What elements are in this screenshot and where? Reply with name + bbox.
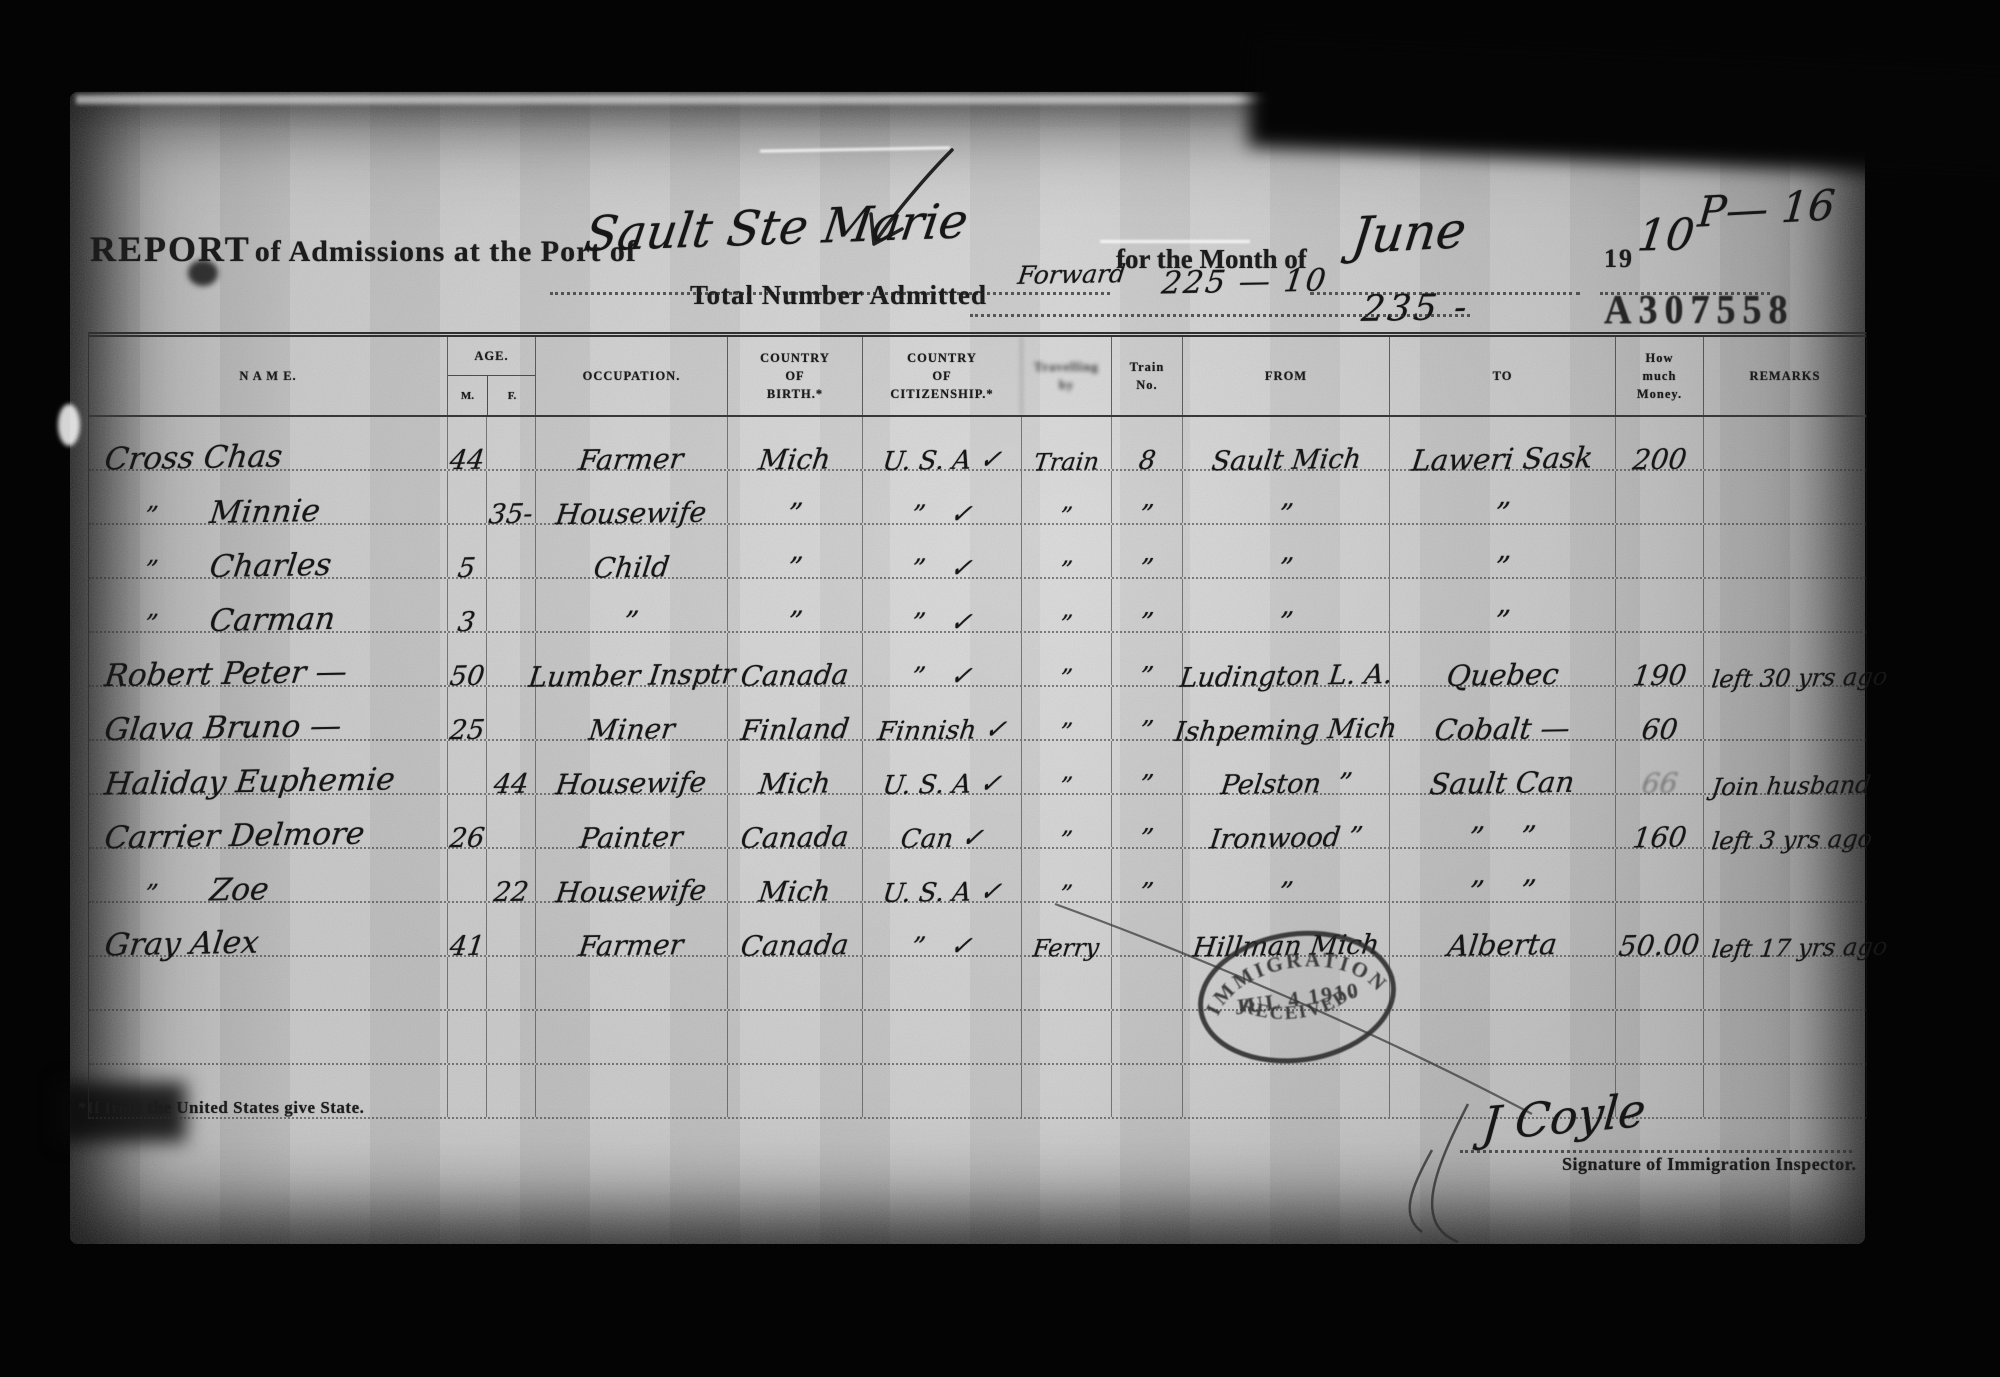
handwritten-value: Laweri Sask	[1410, 440, 1595, 477]
cell-money	[1615, 849, 1703, 901]
cell-remarks	[1703, 849, 1866, 901]
cell-money	[1615, 957, 1703, 1009]
handwritten-name: Carman	[207, 601, 337, 639]
cell-age_m: 25	[447, 687, 486, 739]
serial-number-stamp: A307558	[1604, 286, 1794, 334]
handwritten-value: Train	[1032, 447, 1101, 476]
cell-birth: Mich	[727, 849, 862, 901]
cell-name	[89, 957, 447, 1009]
cell-to: ”	[1389, 471, 1615, 523]
handwritten-name: Zoe	[207, 871, 270, 908]
handwritten-value: Sault Mich	[1209, 444, 1362, 478]
cell-age_m: 50	[447, 633, 486, 685]
cell-money	[1615, 1011, 1703, 1063]
cell-travel: ”	[1021, 687, 1111, 739]
cell-occupation: Lumber Insptr	[535, 633, 727, 685]
scan-scratch	[1100, 240, 1250, 243]
handwritten-value: U. S. A ✓	[881, 769, 1003, 801]
cell-occupation: Farmer	[535, 903, 727, 955]
cell-money: 190	[1615, 633, 1703, 685]
table-row: ”Carman3””” ✓””””	[89, 579, 1866, 633]
handwritten-value: 66	[1640, 767, 1680, 801]
handwritten-name: Robert Peter —	[103, 654, 350, 694]
col-header-birth: COUNTRY OF BIRTH.*	[727, 337, 862, 415]
handwritten-value: 8	[1137, 446, 1157, 476]
handwritten-value: ” ”	[1467, 819, 1538, 854]
cell-birth: Canada	[727, 795, 862, 847]
footnote: *If from the United States give State.	[78, 1098, 364, 1118]
cell-age_m	[447, 849, 486, 901]
year-printed: 19	[1604, 244, 1634, 274]
handwritten-value: 200	[1631, 443, 1689, 477]
cell-from: ”	[1182, 525, 1389, 577]
cell-travel: ”	[1021, 579, 1111, 631]
cell-train: ”	[1111, 795, 1182, 847]
handwritten-value: 44	[448, 445, 486, 477]
handwritten-name: Minnie	[207, 493, 322, 531]
cell-birth: Canada	[727, 903, 862, 955]
cell-remarks	[1703, 579, 1866, 631]
cell-age_f	[486, 633, 535, 685]
cell-age_m: 41	[447, 903, 486, 955]
handwritten-value: ” ✓	[910, 607, 974, 638]
cell-citizenship: U. S. A ✓	[862, 741, 1021, 793]
cell-to: ”	[1389, 525, 1615, 577]
handwritten-value: Child	[592, 550, 672, 584]
handwritten-name: Charles	[207, 547, 333, 585]
cell-remarks	[1703, 1065, 1866, 1117]
cell-train: ”	[1111, 471, 1182, 523]
cell-from: ”	[1182, 471, 1389, 523]
cell-birth	[727, 1065, 862, 1117]
cell-birth: ”	[727, 471, 862, 523]
col-header-money: How much Money.	[1615, 337, 1703, 415]
cell-money: 200	[1615, 417, 1703, 469]
cell-citizenship	[862, 1011, 1021, 1063]
handwritten-value: Finnish ✓	[876, 715, 1008, 747]
cell-citizenship: ” ✓	[862, 471, 1021, 523]
handwritten-name: Gray Alex	[103, 925, 261, 964]
table-row: Robert Peter —50Lumber InsptrCanada” ✓””…	[89, 633, 1866, 687]
cell-to: Laweri Sask	[1389, 417, 1615, 469]
cell-name: Carrier Delmore	[89, 795, 447, 847]
cell-occupation: Miner	[535, 687, 727, 739]
cell-train: ”	[1111, 579, 1182, 631]
cell-name: ”Minnie	[89, 471, 447, 523]
cell-remarks	[1703, 471, 1866, 523]
handwritten-value: 41	[448, 931, 486, 963]
cell-birth: Finland	[727, 687, 862, 739]
handwritten-value: U. S. A ✓	[881, 445, 1003, 477]
col-header-from: FROM	[1182, 337, 1389, 415]
cell-money: 160	[1615, 795, 1703, 847]
col-header-age-f: F.	[487, 376, 536, 415]
handwritten-value: Alberta	[1446, 927, 1559, 963]
handwritten-value: 22	[492, 877, 530, 909]
handwritten-value: left 17 yrs ago	[1710, 932, 1889, 963]
table-row	[89, 957, 1866, 1011]
handwritten-value: Farmer	[577, 442, 685, 477]
cell-birth: ”	[727, 525, 862, 577]
port-name-handwritten: Sault Ste Marie	[581, 193, 971, 263]
handwritten-value: 60	[1640, 713, 1680, 747]
handwritten-value: Housewife	[554, 496, 709, 532]
handwritten-value: left 30 yrs ago	[1710, 662, 1889, 693]
cell-to: ” ”	[1389, 849, 1615, 901]
cell-train	[1111, 957, 1182, 1009]
handwritten-value: Ferry	[1032, 933, 1102, 962]
handwritten-value: Canada	[739, 820, 851, 855]
handwritten-value: ” ✓	[910, 931, 974, 962]
table-header: N A M E. AGE. M. F. OCCUPATION. COUNTRY …	[89, 332, 1866, 417]
col-header-age: AGE.	[448, 337, 535, 376]
cell-remarks	[1703, 957, 1866, 1009]
signature-label: Signature of Immigration Inspector.	[1562, 1154, 1857, 1175]
cell-name: Gray Alex	[89, 903, 447, 955]
cell-train: 8	[1111, 417, 1182, 469]
page-number: P— 16	[1696, 180, 1837, 236]
cell-travel: ”	[1021, 471, 1111, 523]
cell-age_f	[486, 795, 535, 847]
table-row: ”Charles5Child”” ✓””””	[89, 525, 1866, 579]
cell-remarks	[1703, 525, 1866, 577]
cell-occupation: Housewife	[535, 741, 727, 793]
handwritten-value: Finland	[739, 712, 851, 747]
cell-from: Ishpeming Mich	[1182, 687, 1389, 739]
table-row: Carrier Delmore26PainterCanadaCan ✓””Iro…	[89, 795, 1866, 849]
col-header-to: TO	[1389, 337, 1615, 415]
handwritten-value: ” ”	[1467, 873, 1538, 908]
col-header-travel: Travelling by	[1021, 337, 1111, 415]
cell-travel: ”	[1021, 849, 1111, 901]
handwritten-value: 50	[448, 661, 486, 693]
cell-occupation: ”	[535, 579, 727, 631]
cell-age_f	[486, 903, 535, 955]
handwritten-value: Lumber Insptr	[526, 657, 737, 694]
handwritten-value: 26	[448, 823, 486, 855]
cell-occupation: Child	[535, 525, 727, 577]
cell-citizenship: Finnish ✓	[862, 687, 1021, 739]
cell-train	[1111, 1065, 1182, 1117]
cell-to: Cobalt —	[1389, 687, 1615, 739]
handwritten-value: Can ✓	[899, 823, 985, 854]
cell-name: Glava Bruno —	[89, 687, 447, 739]
cell-remarks: left 3 yrs ago	[1703, 795, 1866, 847]
total-admitted-label: Total Number Admitted	[690, 280, 987, 311]
cell-occupation: Housewife	[535, 471, 727, 523]
cell-birth: Canada	[727, 633, 862, 685]
cell-name: ”Zoe	[89, 849, 447, 901]
cell-remarks: Join husband	[1703, 741, 1866, 793]
cell-age_m	[447, 1011, 486, 1063]
table-row: ”Zoe22HousewifeMichU. S. A ✓”””” ”	[89, 849, 1866, 903]
cell-travel: ”	[1021, 525, 1111, 577]
col-header-name: N A M E.	[89, 337, 447, 415]
cell-citizenship: U. S. A ✓	[862, 849, 1021, 901]
cell-age_f: 44	[486, 741, 535, 793]
cell-remarks	[1703, 417, 1866, 469]
cell-name: ”Carman	[89, 579, 447, 631]
cell-train: ”	[1111, 849, 1182, 901]
handwritten-value: Mich	[757, 766, 833, 800]
cell-name: Haliday Euphemie	[89, 741, 447, 793]
cell-citizenship: ” ✓	[862, 579, 1021, 631]
table-row: Haliday Euphemie44HousewifeMichU. S. A ✓…	[89, 741, 1866, 795]
cell-citizenship: Can ✓	[862, 795, 1021, 847]
report-title-word: REPORT	[90, 229, 251, 269]
handwritten-value: ” ✓	[910, 553, 974, 584]
cell-train	[1111, 903, 1182, 955]
cell-travel: ”	[1021, 795, 1111, 847]
handwritten-value: Mich	[757, 874, 833, 908]
cell-to	[1389, 957, 1615, 1009]
handwritten-value: 35-	[487, 499, 534, 531]
handwritten-value: 160	[1631, 821, 1689, 855]
cell-travel	[1021, 1011, 1111, 1063]
cell-travel	[1021, 957, 1111, 1009]
cell-birth: ”	[727, 579, 862, 631]
cell-citizenship: ” ✓	[862, 633, 1021, 685]
cell-age_m	[447, 471, 486, 523]
cell-name: ”Charles	[89, 525, 447, 577]
cell-age_m	[447, 741, 486, 793]
cell-remarks	[1703, 1011, 1866, 1063]
handwritten-value: 25	[448, 715, 486, 747]
cell-to: Alberta	[1389, 903, 1615, 955]
cell-money: 50.00	[1615, 903, 1703, 955]
handwritten-value: Canada	[739, 658, 851, 693]
cell-from: Ironwood ”	[1182, 795, 1389, 847]
cell-to	[1389, 1011, 1615, 1063]
col-header-age-m: M.	[448, 376, 487, 415]
cell-birth: Mich	[727, 417, 862, 469]
handwritten-value: Housewife	[554, 766, 709, 802]
scanned-document-page: { "page": { "page_number": "P— 16", "ser…	[0, 0, 2000, 1377]
handwritten-value: 190	[1631, 659, 1689, 693]
cell-train: ”	[1111, 687, 1182, 739]
handwritten-value: Canada	[739, 928, 851, 963]
cell-travel: Ferry	[1021, 903, 1111, 955]
cell-citizenship	[862, 957, 1021, 1009]
cell-name	[89, 1011, 447, 1063]
col-header-train-no: Train No.	[1111, 337, 1182, 415]
cell-name: Cross Chas	[89, 417, 447, 469]
cell-occupation: Painter	[535, 795, 727, 847]
forward-value-handwritten: 225 — 10	[1160, 263, 1330, 302]
table-row: ”Minnie35-Housewife”” ✓””””	[89, 471, 1866, 525]
handwritten-value: ” ✓	[910, 499, 974, 530]
cell-remarks	[1703, 687, 1866, 739]
cell-age_f	[486, 1011, 535, 1063]
total-value-handwritten: 235 -	[1359, 287, 1472, 330]
forward-label-handwritten: Forward	[1016, 259, 1127, 290]
cell-to: ” ”	[1389, 795, 1615, 847]
cell-money	[1615, 471, 1703, 523]
handwritten-value: Ishpeming Mich	[1173, 713, 1399, 748]
handwritten-value: Housewife	[554, 874, 709, 910]
cell-age_f	[486, 525, 535, 577]
handwritten-name: Haliday Euphemie	[102, 761, 397, 802]
col-header-citizenship: COUNTRY OF CITIZENSHIP.*	[862, 337, 1021, 415]
cell-citizenship: U. S. A ✓	[862, 417, 1021, 469]
cell-travel: Train	[1021, 417, 1111, 469]
cell-citizenship: ” ✓	[862, 903, 1021, 955]
signature-underline	[1460, 1150, 1852, 1153]
cell-age_f	[486, 957, 535, 1009]
handwritten-value: Ludington L. A.	[1178, 659, 1394, 694]
cell-age_m	[447, 1065, 486, 1117]
table-row: Gray Alex41FarmerCanada” ✓FerryHillman M…	[89, 903, 1866, 957]
scan-artifact	[58, 404, 80, 446]
handwritten-value: 50.00	[1617, 928, 1701, 962]
cell-age_f	[486, 579, 535, 631]
cell-age_f: 22	[486, 849, 535, 901]
handwritten-value: Quebec	[1444, 657, 1560, 693]
cell-age_f	[486, 417, 535, 469]
admissions-table: N A M E. AGE. M. F. OCCUPATION. COUNTRY …	[88, 332, 1867, 1119]
cell-from: Ludington L. A.	[1182, 633, 1389, 685]
col-header-age-group: AGE. M. F.	[447, 337, 535, 415]
cell-train: ”	[1111, 633, 1182, 685]
cell-money: 60	[1615, 687, 1703, 739]
cell-name: Robert Peter —	[89, 633, 447, 685]
handwritten-value: Join husband	[1710, 771, 1872, 802]
month-handwritten: June	[1348, 201, 1469, 265]
cell-birth	[727, 957, 862, 1009]
report-title: REPORT of Admissions at the Port of	[90, 228, 637, 270]
table-row: Glava Bruno —25MinerFinlandFinnish ✓””Is…	[89, 687, 1866, 741]
cell-occupation	[535, 1065, 727, 1117]
cell-age_m: 44	[447, 417, 486, 469]
cell-from: ”	[1182, 579, 1389, 631]
cell-from: ”	[1182, 849, 1389, 901]
cell-age_m: 5	[447, 525, 486, 577]
cell-citizenship	[862, 1065, 1021, 1117]
handwritten-name: Carrier Delmore	[102, 816, 366, 857]
table-body: Cross Chas44FarmerMichU. S. A ✓Train8Sau…	[89, 417, 1866, 1119]
handwritten-value: Painter	[578, 820, 685, 855]
cell-money	[1615, 525, 1703, 577]
table-row: Cross Chas44FarmerMichU. S. A ✓Train8Sau…	[89, 417, 1866, 471]
cell-occupation	[535, 1011, 727, 1063]
immigration-received-stamp: IMMIGRATION JUL 4 1910 RECEIVED.	[1186, 913, 1408, 1080]
cell-travel: ”	[1021, 741, 1111, 793]
cell-train: ”	[1111, 525, 1182, 577]
col-header-occupation: OCCUPATION.	[535, 337, 727, 415]
document-sheet: REPORT of Admissions at the Port of Saul…	[70, 92, 1865, 1244]
cell-travel	[1021, 1065, 1111, 1117]
handwritten-value: Pelston ”	[1218, 768, 1353, 801]
cell-from: Sault Mich	[1182, 417, 1389, 469]
cell-to: ”	[1389, 579, 1615, 631]
handwritten-value: 44	[492, 769, 530, 801]
handwritten-name: Glava Bruno —	[103, 708, 344, 748]
cell-age_m: 3	[447, 579, 486, 631]
cell-age_m	[447, 957, 486, 1009]
cell-occupation: Housewife	[535, 849, 727, 901]
cell-age_f: 35-	[486, 471, 535, 523]
cell-age_m: 26	[447, 795, 486, 847]
handwritten-value: left 3 yrs ago	[1710, 825, 1874, 856]
cell-train	[1111, 1011, 1182, 1063]
handwritten-value: ” ✓	[910, 661, 974, 692]
cell-occupation: Farmer	[535, 417, 727, 469]
table-row	[89, 1011, 1866, 1065]
cell-train: ”	[1111, 741, 1182, 793]
handwritten-name: Cross Chas	[103, 438, 285, 477]
year-handwritten: 10	[1635, 210, 1697, 262]
handwritten-value: Farmer	[577, 928, 685, 963]
report-title-rest: of Admissions at the Port of	[255, 235, 637, 268]
handwritten-value: Cobalt —	[1433, 711, 1572, 747]
handwritten-value: Sault Can	[1428, 765, 1577, 802]
cell-age_f	[486, 1065, 535, 1117]
cell-citizenship: ” ✓	[862, 525, 1021, 577]
cell-remarks: left 30 yrs ago	[1703, 633, 1866, 685]
cell-age_f	[486, 687, 535, 739]
handwritten-value: Miner	[587, 712, 677, 746]
cell-from: Pelston ”	[1182, 741, 1389, 793]
cell-remarks: left 17 yrs ago	[1703, 903, 1866, 955]
cell-travel: ”	[1021, 633, 1111, 685]
cell-money: 66	[1615, 741, 1703, 793]
handwritten-value: Mich	[757, 442, 833, 476]
cell-money	[1615, 579, 1703, 631]
cell-birth	[727, 1011, 862, 1063]
cell-to: Quebec	[1389, 633, 1615, 685]
cell-birth: Mich	[727, 741, 862, 793]
total-underline	[970, 314, 1470, 317]
cell-occupation	[535, 957, 727, 1009]
scan-scratch	[760, 146, 950, 152]
col-header-remarks: REMARKS	[1703, 337, 1866, 415]
cell-to: Sault Can	[1389, 741, 1615, 793]
handwritten-value: Ironwood ”	[1208, 822, 1365, 856]
handwritten-value: U. S. A ✓	[881, 877, 1003, 909]
